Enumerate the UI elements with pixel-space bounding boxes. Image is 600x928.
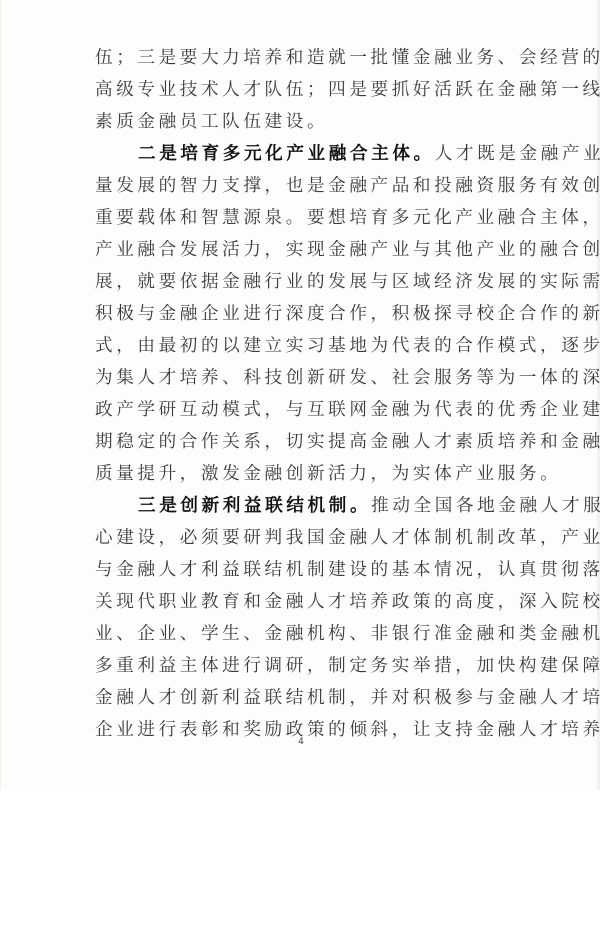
text-line: 业、企业、学生、金融机构、非银行准金融和类金融机构等: [95, 618, 503, 650]
paragraph-heading: 二是培育多元化产业融合主体。: [138, 143, 435, 164]
text-run: 推动全国各地金融人才服务中: [371, 496, 600, 516]
paragraph-first-line: 二是培育多元化产业融合主体。人才既是金融产业高质: [95, 138, 503, 170]
text-line: 关现代职业教育和金融人才培养政策的高度，深入院校、产: [95, 586, 503, 618]
paragraph-continuation: 伍；三是要大力培养和造就一批懂金融业务、会经营的各类 高级专业技术人才队伍；四是…: [95, 42, 503, 138]
text-line: 量发展的智力支撑，也是金融产品和投融资服务有效创新的: [95, 170, 503, 202]
paragraph-heading: 三是创新利益联结机制。: [138, 495, 371, 516]
text-line: 为集人才培养、科技创新研发、社会服务等为一体的深层次: [95, 362, 503, 394]
text-line: 多重利益主体进行调研，制定务实举措，加快构建保障我国: [95, 650, 503, 682]
text-line: 素质金融员工队伍建设。: [95, 106, 503, 138]
text-line: 政产学研互动模式，与互联网金融为代表的优秀企业建立长: [95, 394, 503, 426]
text-line: 质量提升，激发金融创新活力，为实体产业服务。: [95, 458, 503, 490]
body-text: 伍；三是要大力培养和造就一批懂金融业务、会经营的各类 高级专业技术人才队伍；四是…: [95, 42, 503, 746]
paragraph-industry-integration: 二是培育多元化产业融合主体。人才既是金融产业高质 量发展的智力支撑，也是金融产品…: [95, 138, 503, 490]
text-line: 伍；三是要大力培养和造就一批懂金融业务、会经营的各类: [95, 42, 503, 74]
document-page: 伍；三是要大力培养和造就一批懂金融业务、会经营的各类 高级专业技术人才队伍；四是…: [0, 0, 600, 790]
text-line: 金融人才创新利益联结机制，并对积极参与金融人才培养的: [95, 682, 503, 714]
paragraph-first-line: 三是创新利益联结机制。推动全国各地金融人才服务中: [95, 490, 503, 522]
text-line: 展，就要依据金融行业的发展与区域经济发展的实际需要，: [95, 266, 503, 298]
page-number: 4: [1, 737, 600, 747]
paragraph-interest-linkage: 三是创新利益联结机制。推动全国各地金融人才服务中 心建设，必须要研判我国金融人才…: [95, 490, 503, 746]
text-line: 重要载体和智慧源泉。要想培育多元化产业融合主体，激发: [95, 202, 503, 234]
text-line: 与金融人才利益联结机制建设的基本情况，认真贯彻落实有: [95, 554, 503, 586]
text-line: 积极与金融企业进行深度合作，积极探寻校企合作的新模: [95, 298, 503, 330]
text-line: 心建设，必须要研判我国金融人才体制机制改革，产业发展: [95, 522, 503, 554]
text-line: 期稳定的合作关系，切实提高金融人才素质培养和金融人才: [95, 426, 503, 458]
text-run: 人才既是金融产业高质: [435, 144, 600, 164]
text-line: 产业融合发展活力，实现金融产业与其他产业的融合创新发: [95, 234, 503, 266]
text-line: 式，由最初的以建立实习基地为代表的合作模式，逐步发展: [95, 330, 503, 362]
text-line: 高级专业技术人才队伍；四是要抓好活跃在金融第一线的高: [95, 74, 503, 106]
